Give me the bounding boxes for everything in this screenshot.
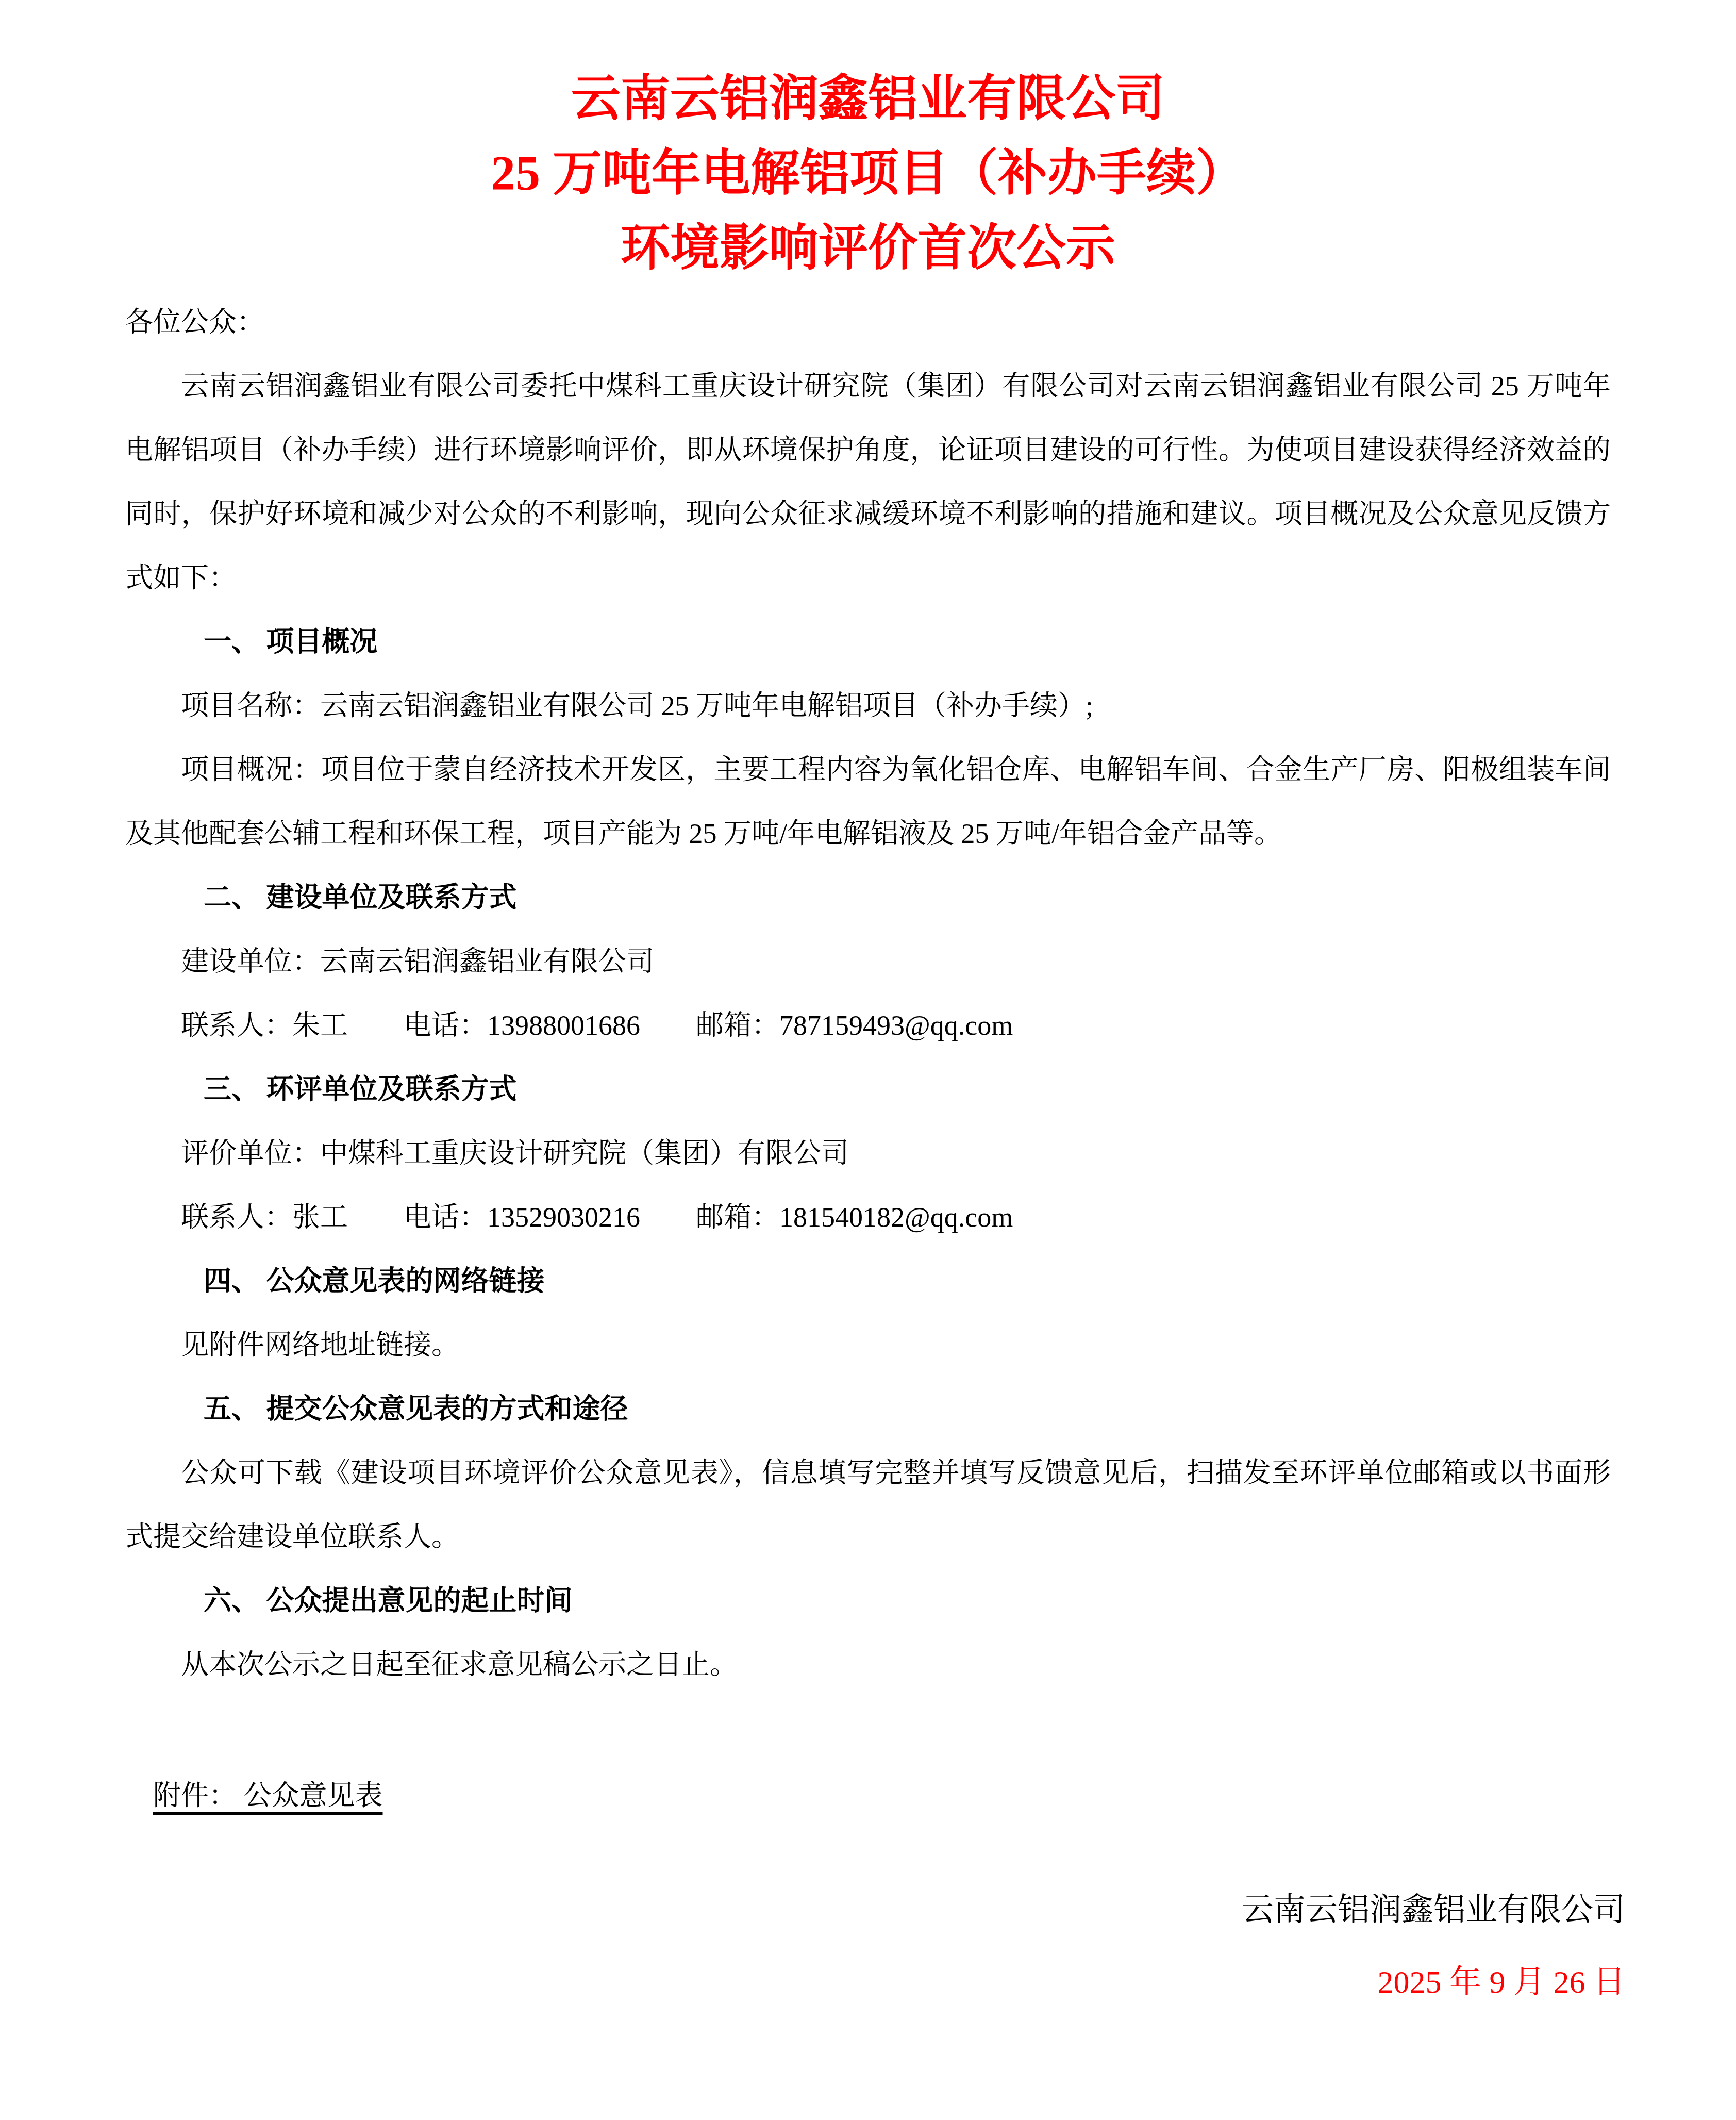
title-line-3: 环境影响评价首次公示 bbox=[125, 210, 1611, 285]
section-6-paragraph-1: 从本次公示之日起至征求意见稿公示之日止。 bbox=[125, 1633, 1611, 1697]
closing-date: 2025 年 9 月 26 日 bbox=[125, 1946, 1625, 2018]
section-3-paragraph-1: 评价单位：中煤科工重庆设计研究院（集团）有限公司 bbox=[125, 1121, 1611, 1185]
section-heading-6: 六、 公众提出意见的起止时间 bbox=[125, 1569, 1611, 1633]
attachment-note-text: 附件： 公众意见表 bbox=[153, 1780, 383, 1811]
section-2-paragraph-1: 建设单位：云南云铝润鑫铝业有限公司 bbox=[125, 930, 1611, 993]
section-5-paragraph-1: 公众可下载《建设项目环境评价公众意见表》，信息填写完整并填写反馈意见后，扫描发至… bbox=[125, 1441, 1611, 1569]
intro-paragraph: 云南云铝润鑫铝业有限公司委托中煤科工重庆设计研究院（集团）有限公司对云南云铝润鑫… bbox=[125, 354, 1611, 610]
attachment-note: 附件： 公众意见表 bbox=[125, 1764, 1611, 1828]
document-title: 云南云铝润鑫铝业有限公司 25 万吨年电解铝项目（补办手续） 环境影响评价首次公… bbox=[125, 61, 1611, 285]
closing-block: 云南云铝润鑫铝业有限公司 2025 年 9 月 26 日 bbox=[125, 1874, 1625, 2018]
section-heading-5: 五、 提交公众意见表的方式和途径 bbox=[125, 1377, 1611, 1441]
title-line-2: 25 万吨年电解铝项目（补办手续） bbox=[125, 136, 1611, 210]
sections-container: 一、 项目概况项目名称：云南云铝润鑫铝业有限公司 25 万吨年电解铝项目（补办手… bbox=[125, 610, 1611, 1697]
section-1-paragraph-2: 项目概况：项目位于蒙自经济技术开发区，主要工程内容为氧化铝仓库、电解铝车间、合金… bbox=[125, 738, 1611, 866]
section-heading-1: 一、 项目概况 bbox=[125, 610, 1611, 674]
section-3-paragraph-2: 联系人：张工 电话：13529030216 邮箱：181540182@qq.co… bbox=[125, 1185, 1611, 1249]
section-1-paragraph-1: 项目名称：云南云铝润鑫铝业有限公司 25 万吨年电解铝项目（补办手续）; bbox=[125, 674, 1611, 738]
closing-company: 云南云铝润鑫铝业有限公司 bbox=[125, 1874, 1625, 1946]
title-line-1: 云南云铝润鑫铝业有限公司 bbox=[125, 61, 1611, 136]
section-heading-3: 三、 环评单位及联系方式 bbox=[125, 1057, 1611, 1121]
section-heading-2: 二、 建设单位及联系方式 bbox=[125, 866, 1611, 930]
section-4-paragraph-1: 见附件网络地址链接。 bbox=[125, 1313, 1611, 1377]
section-2-paragraph-2: 联系人：朱工 电话：13988001686 邮箱：787159493@qq.co… bbox=[125, 993, 1611, 1057]
document-page: 云南云铝润鑫铝业有限公司 25 万吨年电解铝项目（补办手续） 环境影响评价首次公… bbox=[0, 0, 1736, 2120]
section-heading-4: 四、 公众意见表的网络链接 bbox=[125, 1249, 1611, 1313]
salutation: 各位公众： bbox=[125, 290, 1611, 354]
